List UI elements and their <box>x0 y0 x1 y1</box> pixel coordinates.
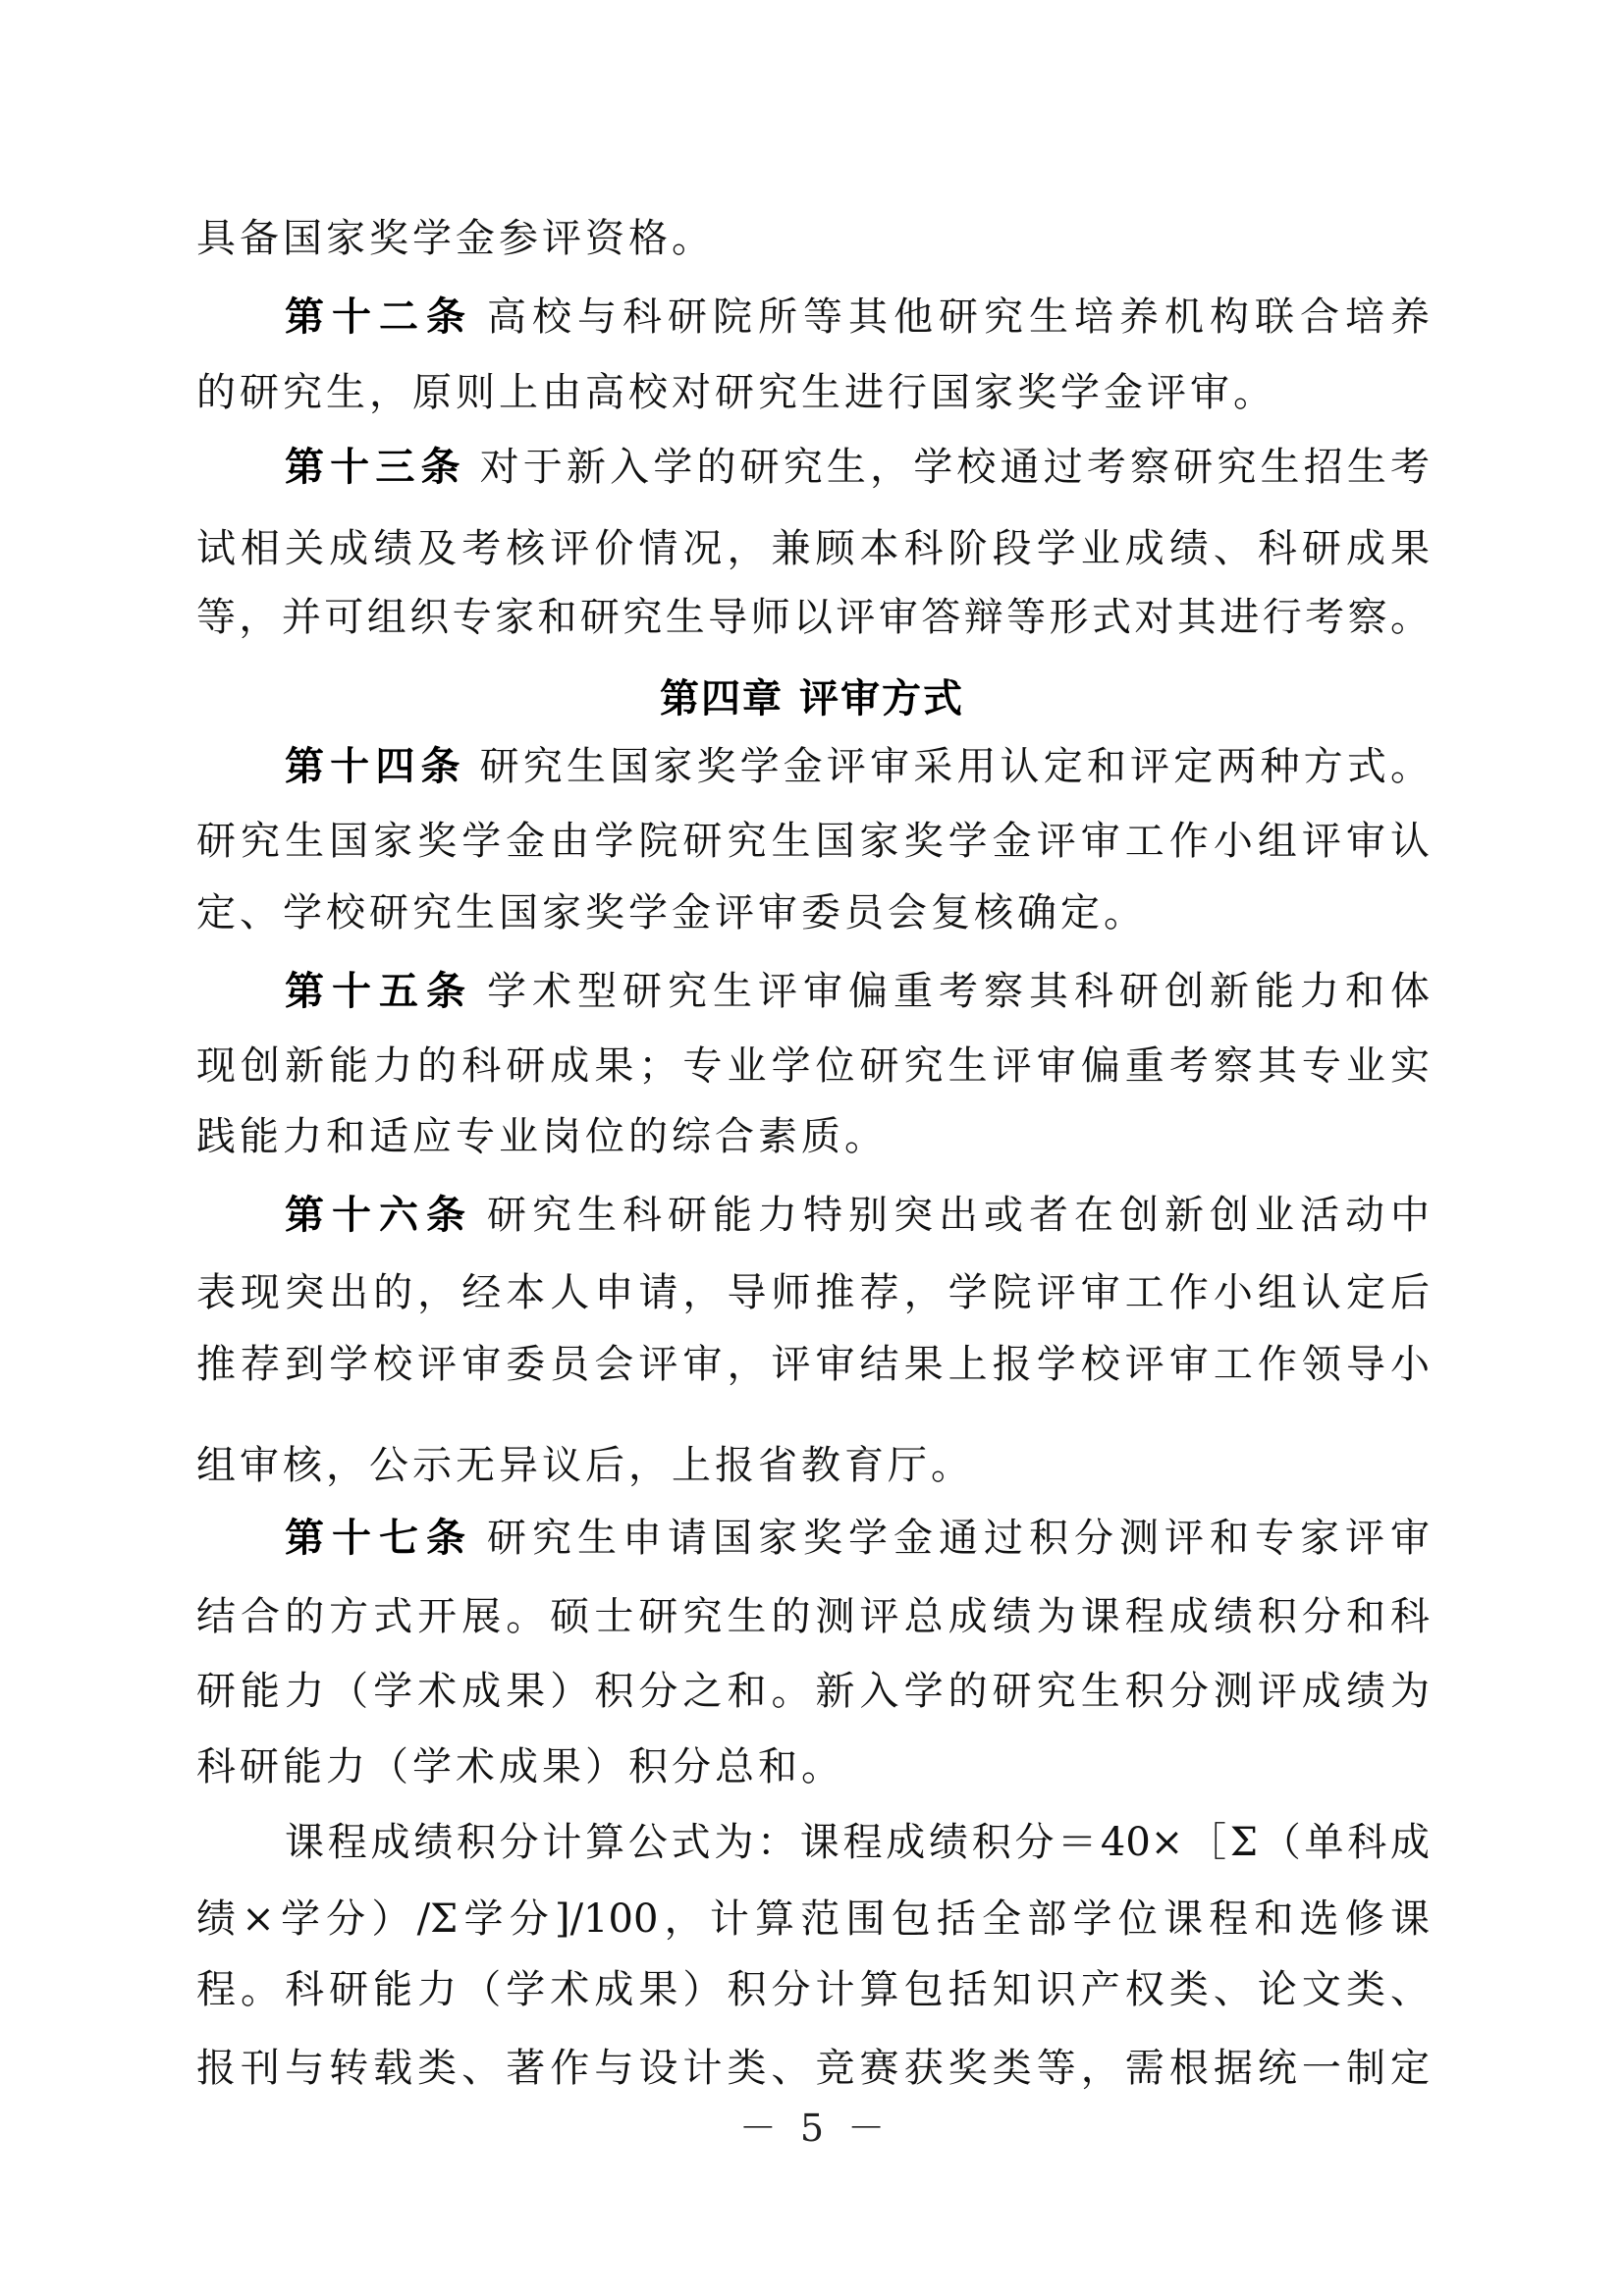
line-text: 研究生国家奖学金评审采用认定和评定两种方式。 <box>480 744 1430 789</box>
paragraph-line: 绩×学分）/Σ学分]/100，计算范围包括全部学位课程和选修课 <box>196 1895 1430 1944</box>
line-text: 科研能力（学术成果）积分总和。 <box>196 1744 844 1789</box>
paragraph-line: 推荐到学校评审委员会评审，评审结果上报学校评审工作领导小 <box>196 1340 1430 1389</box>
paragraph-line: 结合的方式开展。硕士研究生的测评总成绩为课程成绩积分和科 <box>196 1592 1430 1641</box>
paragraph-line: 研能力（学术成果）积分之和。新入学的研究生积分测评成绩为 <box>196 1667 1430 1716</box>
article-15-first-line: 第十五条学术型研究生评审偏重考察其科研创新能力和体 <box>285 967 1430 1016</box>
paragraph-line: 科研能力（学术成果）积分总和。 <box>196 1742 1430 1791</box>
paragraph-line: 组审核，公示无异议后，上报省教育厅。 <box>196 1441 1430 1490</box>
paragraph-line: 程。科研能力（学术成果）积分计算包括知识产权类、论文类、 <box>196 1965 1430 2014</box>
line-text: 对于新入学的研究生，学校通过考察研究生招生考 <box>480 445 1430 490</box>
line-text: 组审核，公示无异议后，上报省教育厅。 <box>196 1443 974 1488</box>
line-text: 绩×学分）/Σ学分]/100，计算范围包括全部学位课程和选修课 <box>196 1896 1430 1942</box>
line-text: 研究生国家奖学金由学院研究生国家奖学金评审工作小组评审认 <box>196 819 1430 864</box>
line-text: 研究生科研能力特别突出或者在创新创业活动中 <box>487 1193 1430 1238</box>
page-number: － 5 － <box>0 2104 1624 2153</box>
article-label: 第十五条 <box>285 969 473 1014</box>
paragraph-line: 表现突出的，经本人申请，导师推荐，学院评审工作小组认定后 <box>196 1268 1430 1317</box>
line-text: 的研究生，原则上由高校对研究生进行国家奖学金评审。 <box>196 370 1276 415</box>
article-label: 第十七条 <box>285 1516 473 1561</box>
paragraph-line: 定、学校研究生国家奖学金评审委员会复核确定。 <box>196 888 1430 937</box>
line-text: 定、学校研究生国家奖学金评审委员会复核确定。 <box>196 890 1147 935</box>
line-text: 研能力（学术成果）积分之和。新入学的研究生积分测评成绩为 <box>196 1669 1430 1714</box>
paragraph-line: 践能力和适应专业岗位的综合素质。 <box>196 1112 1430 1161</box>
line-text: 研究生申请国家奖学金通过积分测评和专家评审 <box>487 1516 1430 1561</box>
article-12-first-line: 第十二条高校与科研院所等其他研究生培养机构联合培养 <box>285 293 1430 342</box>
paragraph-line: 等，并可组织专家和研究生导师以评审答辩等形式对其进行考察。 <box>196 593 1430 642</box>
line-text: 表现突出的，经本人申请，导师推荐，学院评审工作小组认定后 <box>196 1270 1430 1315</box>
article-label: 第十四条 <box>285 744 466 789</box>
line-text: 等，并可组织专家和研究生导师以评审答辩等形式对其进行考察。 <box>196 595 1430 640</box>
article-label: 第十三条 <box>285 445 466 490</box>
line-text: 结合的方式开展。硕士研究生的测评总成绩为课程成绩积分和科 <box>196 1594 1430 1639</box>
line-text: 践能力和适应专业岗位的综合素质。 <box>196 1114 888 1159</box>
paragraph-line: 具备国家奖学金参评资格。 <box>196 214 1430 263</box>
article-label: 第十六条 <box>285 1193 473 1238</box>
line-text: 高校与科研院所等其他研究生培养机构联合培养 <box>487 294 1430 340</box>
line-text: 程。科研能力（学术成果）积分计算包括知识产权类、论文类、 <box>196 1967 1430 2012</box>
paragraph-line: 研究生国家奖学金由学院研究生国家奖学金评审工作小组评审认 <box>196 817 1430 866</box>
paragraph-line: 的研究生，原则上由高校对研究生进行国家奖学金评审。 <box>196 368 1430 417</box>
paragraph-line: 现创新能力的科研成果；专业学位研究生评审偏重考察其专业实 <box>196 1041 1430 1091</box>
line-text: 推荐到学校评审委员会评审，评审结果上报学校评审工作领导小 <box>196 1342 1430 1387</box>
line-text: 试相关成绩及考核评价情况，兼顾本科阶段学业成绩、科研成果 <box>196 526 1430 571</box>
paragraph-line: 试相关成绩及考核评价情况，兼顾本科阶段学业成绩、科研成果 <box>196 524 1430 573</box>
article-16-first-line: 第十六条研究生科研能力特别突出或者在创新创业活动中 <box>285 1191 1430 1240</box>
line-text: 学术型研究生评审偏重考察其科研创新能力和体 <box>487 969 1430 1014</box>
chapter-heading: 第四章 评审方式 <box>0 674 1624 723</box>
article-label: 第十二条 <box>285 294 473 340</box>
article-17-first-line: 第十七条研究生申请国家奖学金通过积分测评和专家评审 <box>285 1514 1430 1563</box>
article-13-first-line: 第十三条对于新入学的研究生，学校通过考察研究生招生考 <box>285 443 1430 492</box>
line-text: 现创新能力的科研成果；专业学位研究生评审偏重考察其专业实 <box>196 1043 1430 1089</box>
line-text: 具备国家奖学金参评资格。 <box>196 216 715 261</box>
formula-paragraph-first-line: 课程成绩积分计算公式为：课程成绩积分＝40×［Σ（单科成 <box>285 1818 1430 1867</box>
document-page: 具备国家奖学金参评资格。 第十二条高校与科研院所等其他研究生培养机构联合培养 的… <box>0 0 1624 2296</box>
article-14-first-line: 第十四条研究生国家奖学金评审采用认定和评定两种方式。 <box>285 742 1430 791</box>
paragraph-line: 报刊与转载类、著作与设计类、竞赛获奖类等，需根据统一制定 <box>196 2044 1430 2093</box>
line-text: 课程成绩积分计算公式为：课程成绩积分＝40×［Σ（单科成 <box>285 1820 1430 1865</box>
line-text: 报刊与转载类、著作与设计类、竞赛获奖类等，需根据统一制定 <box>196 2046 1430 2091</box>
